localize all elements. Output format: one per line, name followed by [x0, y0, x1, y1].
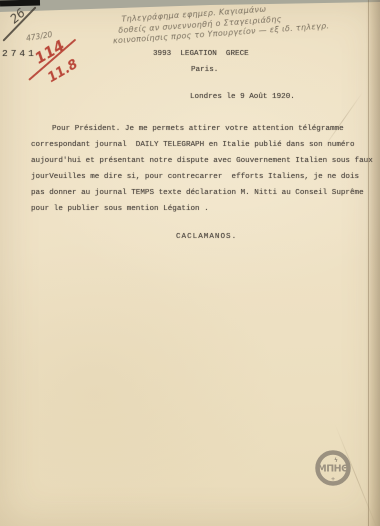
stamp-monogram: ΜΠΗΘ — [317, 464, 349, 475]
letterhead-city: Paris. — [191, 66, 218, 74]
letter-body-line: pour le publier sous mention Légation . — [31, 201, 371, 217]
letter-body-line: Pour Président. Je me permets attirer vo… — [31, 121, 371, 137]
signature: CACLAMANOS. — [176, 233, 237, 241]
stamp-bottom-mark: + — [331, 477, 336, 483]
letter-body-line: aujourd'hui et présentant notre dispute … — [31, 153, 371, 169]
scanned-telegram-page: 26 473/20 2741 114 11.8 Τηλεγράφημα εφημ… — [0, 0, 380, 526]
letter-body-line: correspondant journal DAILY TELEGRAPH en… — [31, 137, 371, 153]
stamp-top-mark: ϟ — [334, 457, 338, 464]
letter-body-line: pas donner au journal TEMPS texte déclar… — [31, 185, 371, 201]
dateline: Londres le 9 Août 1920. — [190, 93, 295, 101]
handwritten-greek-note: Τηλεγράφημα εφημερ. Καγιαμάνω δοθείς αν … — [121, 0, 373, 46]
letter-body: Pour Président. Je me permets attirer vo… — [31, 121, 371, 217]
page-fold-line — [368, 0, 369, 526]
letterhead-number-title: 3993 LEGATION GRECE — [153, 50, 249, 58]
archive-monogram-stamp: ΜΠΗΘ ϟ + — [303, 438, 363, 498]
letter-body-line: jourVeuilles me dire si, pour contrecarr… — [31, 169, 371, 185]
